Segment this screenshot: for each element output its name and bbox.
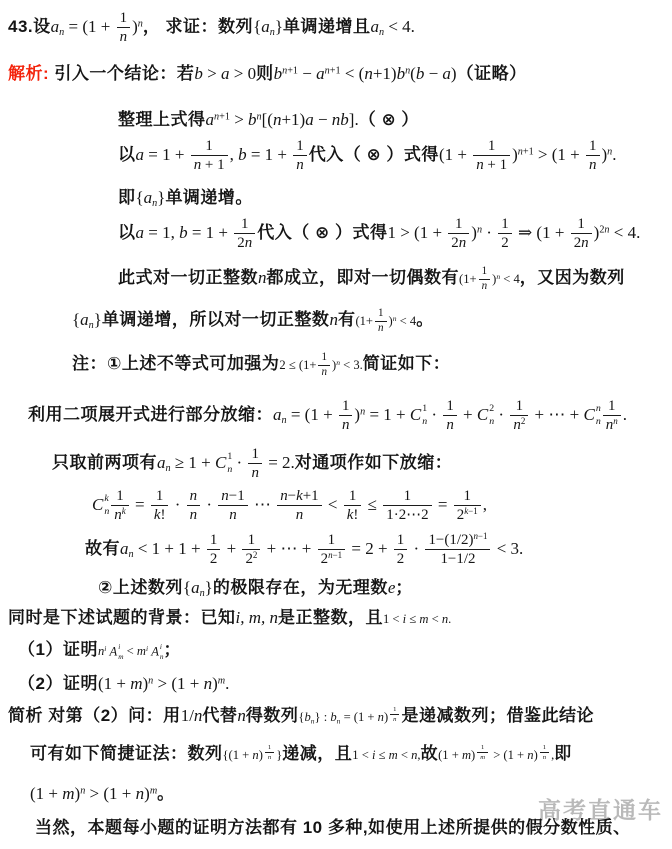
- math-roman: ·: [170, 495, 184, 514]
- cjk-text: 有: [338, 310, 356, 329]
- math-roman: 1: [120, 10, 127, 26]
- fraction-numerator: 1: [473, 138, 510, 156]
- math-italic: a: [442, 64, 451, 83]
- fraction-denominator: n: [479, 280, 491, 293]
- math-roman: <: [398, 748, 411, 762]
- superscript: 2n: [599, 225, 609, 236]
- fraction: 1n: [339, 398, 352, 433]
- math-roman: −: [314, 110, 332, 129]
- math-roman: 1: [463, 488, 470, 504]
- math-roman: < 4: [500, 272, 520, 286]
- cjk-text: ， 求证：数列: [143, 17, 253, 36]
- math-roman: > (1 +: [490, 748, 527, 762]
- math-roman: 1: [455, 216, 462, 232]
- math-italic: n: [245, 235, 252, 251]
- cjk-text: ；: [395, 578, 413, 597]
- math-roman: =: [434, 495, 452, 514]
- math-roman: (1 +: [438, 748, 462, 762]
- math-roman: = (1 +: [340, 710, 377, 724]
- math-roman: {: [253, 17, 261, 36]
- math-roman: > 0: [230, 64, 257, 83]
- math-roman: + ⋯ +: [262, 539, 315, 558]
- cjk-text: 当然，本题每小题的证明方法都有 10 多种,如使用上述所提供的假分数性质、: [35, 818, 631, 837]
- math-roman: ·: [232, 453, 246, 472]
- math-roman: 1 <: [352, 748, 372, 762]
- fraction: 12n: [234, 216, 255, 251]
- cjk-text: 的极限存在，为无理数: [213, 578, 388, 597]
- fraction-denominator: 1−1/2: [425, 550, 490, 567]
- math-italic: n: [589, 157, 596, 173]
- math-roman: ≤: [406, 612, 419, 626]
- fraction-denominator: 2: [394, 550, 407, 567]
- math-roman: 1: [608, 398, 615, 414]
- math-roman: 1 <: [383, 612, 403, 626]
- small-formula: (1 + m)1m > (1 + n)1n,: [438, 748, 554, 762]
- cjk-text: 对通项作如下放缩：: [295, 453, 453, 472]
- math-roman: −1: [468, 506, 478, 516]
- math-roman: ·: [427, 405, 441, 424]
- math-roman: <: [428, 612, 441, 626]
- math-italic: n: [543, 754, 546, 761]
- math-roman: (1 +: [98, 674, 130, 693]
- math-roman: > (1 +: [534, 145, 584, 164]
- math-line-6: 以a = 1, b = 1 + 12n代入（ ⊗ ）式得1 > (1 + 12n…: [118, 216, 640, 251]
- fraction-numerator: n−k+1: [277, 488, 321, 506]
- fraction-numerator: 1: [383, 488, 431, 506]
- fraction: 1nn: [603, 398, 621, 433]
- math-roman: +1: [303, 488, 319, 504]
- math-roman: }: [275, 17, 283, 36]
- fraction-numerator: 1: [293, 138, 306, 156]
- superscript: n+1: [518, 147, 534, 158]
- math-roman: (1 +: [30, 784, 62, 803]
- math-roman: 2: [451, 235, 458, 251]
- math-italic: a: [120, 539, 129, 558]
- cjk-text: 只取前两项有: [52, 453, 157, 472]
- math-italic: m: [462, 748, 471, 762]
- math-roman: +1: [330, 65, 341, 76]
- fraction-numerator: 1: [571, 216, 592, 234]
- math-line-7: 此式对一切正整数n都成立，即对一切偶数有(1+1n)n < 4，又因为数列: [118, 266, 625, 293]
- math-roman: {: [183, 578, 191, 597]
- fraction-numerator: n−1: [218, 488, 247, 506]
- math-roman: +1: [523, 147, 534, 158]
- math-roman: −1: [333, 550, 343, 560]
- math-roman: > (1 +: [85, 784, 135, 803]
- math-line-4: 以a = 1 + 1n + 1, b = 1 + 1n代入（ ⊗ ）式得(1 +…: [118, 138, 617, 173]
- math-roman: ·: [482, 223, 496, 242]
- fraction-denominator: n2: [510, 416, 528, 433]
- math-roman: 1: [543, 744, 546, 751]
- fraction-denominator: nk: [111, 506, 128, 523]
- scripted-symbol: Ain: [151, 642, 163, 662]
- fraction-numerator: 1: [248, 446, 261, 464]
- stack-superscript: k: [104, 493, 109, 505]
- fraction: 12n: [448, 216, 469, 251]
- math-line-1: 43.设an = (1 + 1n)n， 求证：数列{an}单调递增且an < 4…: [8, 10, 415, 45]
- math-line-19: 可有如下简捷证法：数列{(1 + n)1n}递减，且1 < i ≤ m < n,…: [30, 744, 572, 764]
- math-italic: a: [144, 188, 153, 207]
- fraction-denominator: n: [277, 506, 321, 523]
- math-roman: 2: [210, 551, 217, 567]
- math-roman: (1 +: [439, 145, 471, 164]
- cjk-text: 得数列: [246, 706, 299, 725]
- math-roman: 1: [321, 351, 327, 363]
- math-italic: k: [104, 493, 108, 504]
- math-italic: i: [160, 643, 162, 651]
- fraction-denominator: m: [477, 753, 488, 761]
- fraction: 1n: [248, 446, 261, 481]
- math-italic: n: [342, 417, 349, 433]
- cjk-text: （ ⊗ ）: [359, 110, 419, 129]
- math-roman: 1: [404, 488, 411, 504]
- math-italic: n: [596, 416, 601, 427]
- math-roman: <: [324, 495, 342, 514]
- fraction: 1k!: [151, 488, 169, 523]
- fraction-denominator: n: [375, 322, 387, 335]
- math-roman: 1: [349, 488, 356, 504]
- math-roman: .: [612, 145, 616, 164]
- fraction-numerator: 1: [191, 138, 228, 156]
- math-roman: 1: [501, 216, 508, 232]
- fraction-denominator: n + 1: [473, 156, 510, 173]
- math-italic: i: [118, 643, 120, 651]
- scripted-symbol: C1n: [410, 403, 427, 428]
- math-roman: 1: [446, 398, 453, 414]
- fraction: 1n: [586, 138, 599, 173]
- math-roman: .: [448, 612, 451, 626]
- math-roman: + 1: [201, 157, 224, 173]
- fraction: n−1n: [218, 488, 247, 523]
- math-italic: a: [136, 145, 145, 164]
- cjk-text: 故: [421, 744, 439, 763]
- fraction-numerator: 1: [479, 266, 491, 280]
- stack-superscript: n: [596, 403, 601, 415]
- math-roman: {: [136, 188, 144, 207]
- superscript: n−1: [328, 550, 342, 560]
- small-formula: 1 < i ≤ m < n.: [383, 612, 451, 626]
- math-italic: a: [80, 310, 89, 329]
- fraction-denominator: k!: [344, 506, 362, 523]
- math-italic: n: [190, 507, 197, 523]
- math-roman: = (1 +: [287, 405, 337, 424]
- fraction-numerator: 1: [242, 532, 260, 550]
- fraction-numerator: 1: [151, 488, 169, 506]
- math-roman: ,: [230, 145, 239, 164]
- scripted-base: C: [410, 405, 421, 424]
- math-roman: 1: [397, 532, 404, 548]
- fraction-denominator: n + 1: [191, 156, 228, 173]
- math-roman: = (1 +: [64, 17, 114, 36]
- scripted-symbol: Cnn: [583, 403, 600, 428]
- fraction-denominator: n: [318, 366, 330, 379]
- math-roman: 1: [205, 138, 212, 154]
- scripted-base: C: [583, 405, 594, 424]
- small-formula: {(1 + n)1n}: [223, 748, 283, 762]
- math-italic: n: [104, 506, 109, 517]
- math-italic: n: [296, 157, 303, 173]
- math-roman: !: [160, 507, 165, 523]
- math-roman: }: [205, 578, 213, 597]
- math-italic: n: [268, 754, 271, 761]
- scripted-base: A: [151, 644, 159, 658]
- cjk-text: 。: [416, 310, 434, 329]
- math-roman: < 3.: [492, 539, 523, 558]
- math-roman: 1: [248, 532, 255, 548]
- math-roman: < 4.: [384, 17, 415, 36]
- math-roman: < 1 + 1 +: [134, 539, 205, 558]
- math-roman: ,: [483, 495, 487, 514]
- math-italic: k: [122, 506, 126, 516]
- scripted-base: A: [110, 644, 118, 658]
- math-roman: 1: [116, 488, 123, 504]
- fraction-denominator: 2: [207, 550, 220, 567]
- math-roman: ≤: [375, 748, 388, 762]
- math-italic: a: [273, 405, 282, 424]
- fraction-numerator: 1: [603, 398, 621, 416]
- superscript: n+1: [214, 111, 230, 122]
- math-roman: .: [225, 674, 229, 693]
- math-roman: = 1,: [144, 223, 179, 242]
- fraction-numerator: 1: [477, 744, 488, 753]
- math-italic: n: [513, 417, 520, 433]
- math-roman: 1·2⋯2: [386, 507, 428, 523]
- cjk-text: 故有: [85, 539, 120, 558]
- stack-subscript: n: [596, 416, 601, 428]
- math-roman: (1+: [459, 272, 477, 286]
- math-roman: {: [72, 310, 80, 329]
- fraction: 12n: [571, 216, 592, 251]
- math-roman: 1: [268, 744, 271, 751]
- math-roman: +1): [281, 110, 305, 129]
- math-italic: a: [221, 64, 230, 83]
- fraction-denominator: 1·2⋯2: [383, 506, 431, 523]
- fraction-numerator: 1: [207, 532, 220, 550]
- math-italic: n: [596, 403, 601, 414]
- math-line-21: 当然，本题每小题的证明方法都有 10 多种,如使用上述所提供的假分数性质、: [35, 818, 631, 838]
- fraction: 11·2⋯2: [383, 488, 431, 523]
- small-formula: ni Aim < mi Ain: [98, 644, 164, 658]
- math-italic: a: [316, 64, 325, 83]
- fraction-denominator: n: [218, 506, 247, 523]
- fraction-denominator: n: [339, 416, 352, 433]
- math-roman: 2: [245, 551, 252, 567]
- math-roman: +: [222, 539, 240, 558]
- math-roman: = 2.: [264, 453, 295, 472]
- math-roman: 1: [393, 706, 396, 713]
- cjk-text: 单调递增，所以对一切正整数: [102, 310, 330, 329]
- cjk-text: 简证如下：: [363, 354, 451, 373]
- math-roman: 1: [156, 488, 163, 504]
- cjk-text: 。: [157, 784, 175, 803]
- cjk-text: 43.设: [8, 17, 51, 36]
- math-italic: n: [482, 280, 488, 292]
- math-roman: 2: [397, 551, 404, 567]
- math-roman: = 1 +: [247, 145, 292, 164]
- fraction-numerator: 1: [344, 488, 362, 506]
- fraction: 12: [498, 216, 511, 251]
- math-italic: n: [237, 706, 246, 725]
- superscript: k−1: [464, 506, 478, 516]
- fraction: 12: [207, 532, 220, 567]
- stack-subscript: n: [104, 506, 109, 518]
- fraction: 1n: [293, 138, 306, 173]
- scripted-symbol: Ckn: [92, 493, 109, 518]
- math-roman: 2: [501, 235, 508, 251]
- math-roman: }: [94, 310, 102, 329]
- fraction-numerator: 1: [443, 398, 456, 416]
- math-roman: +1: [287, 65, 298, 76]
- math-roman: <: [123, 644, 136, 658]
- fraction: 1−(1/2)n−11−1/2: [425, 532, 490, 567]
- math-italic: n: [364, 64, 373, 83]
- red-label: 解析:: [8, 64, 49, 83]
- math-italic: b: [194, 64, 203, 83]
- math-roman: 1: [328, 532, 335, 548]
- math-roman: ⇒ (1 +: [514, 223, 569, 242]
- math-italic: n: [204, 674, 213, 693]
- math-roman: 1 > (1 +: [387, 223, 446, 242]
- math-line-18: 简析 对第（2）问：用1/n代替n得数列{bn} : bn = (1 + n)1…: [8, 706, 594, 726]
- math-roman: = 1 +: [144, 145, 189, 164]
- math-italic: a: [371, 17, 380, 36]
- cjk-text: （2）证明: [18, 674, 98, 693]
- fraction-denominator: 22: [242, 550, 260, 567]
- math-roman: >: [203, 64, 221, 83]
- fraction-denominator: n: [187, 506, 200, 523]
- fraction: 12k−1: [454, 488, 481, 523]
- small-formula: 2 ≤ (1+1n)n < 3.: [279, 358, 362, 372]
- math-roman: ⋯: [250, 495, 276, 514]
- fraction: 1nk: [111, 488, 128, 523]
- math-italic: b: [274, 64, 283, 83]
- math-roman: 1/: [181, 706, 194, 725]
- math-italic: n: [280, 488, 287, 504]
- math-roman: = 1 +: [188, 223, 233, 242]
- math-italic: n: [229, 507, 236, 523]
- math-italic: n: [613, 416, 617, 426]
- math-roman: < 3.: [340, 358, 363, 372]
- math-line-10: 利用二项展开式进行部分放缩：an = (1 + 1n)n = 1 + C1n ·…: [28, 398, 627, 433]
- math-roman: ·: [202, 495, 216, 514]
- superscript: 1n: [388, 710, 401, 719]
- math-italic: n: [190, 488, 197, 504]
- superscript: 2: [521, 416, 525, 426]
- math-line-20: (1 + m)n > (1 + n)m。: [30, 784, 175, 804]
- fraction: 1n: [390, 706, 399, 723]
- fraction-denominator: n: [540, 753, 549, 761]
- fraction: 1n2: [510, 398, 528, 433]
- fraction-numerator: 1: [111, 488, 128, 506]
- math-italic: a: [51, 17, 60, 36]
- cjk-text: 代入（ ⊗ ）式得: [257, 223, 387, 242]
- math-italic: b: [248, 110, 257, 129]
- math-roman: −1: [229, 488, 245, 504]
- math-roman: 1−(1/2): [428, 532, 473, 548]
- fraction-numerator: n: [187, 488, 200, 506]
- fraction: 1m: [477, 744, 488, 761]
- math-roman: + 1: [484, 157, 507, 173]
- fraction-denominator: 2: [498, 234, 511, 251]
- cjk-text: ；: [164, 640, 182, 659]
- math-roman: ·: [409, 539, 423, 558]
- math-roman: >: [230, 110, 248, 129]
- fraction: 1n: [265, 744, 274, 761]
- math-italic: m: [130, 674, 142, 693]
- math-italic: m: [137, 644, 146, 658]
- math-roman: = 2 +: [347, 539, 392, 558]
- fraction: 1n: [318, 352, 330, 379]
- fraction-denominator: 2n: [234, 234, 255, 251]
- fraction-numerator: 1: [265, 744, 274, 753]
- cjk-text: 都成立，即对一切偶数有: [267, 268, 460, 287]
- fraction-numerator: 1: [586, 138, 599, 156]
- fraction: 1n: [443, 398, 456, 433]
- small-formula: (1+1n)n < 4: [355, 314, 416, 328]
- math-roman: 1: [210, 532, 217, 548]
- math-roman: 1: [482, 265, 488, 277]
- math-roman: [(: [262, 110, 273, 129]
- math-roman: 1: [481, 744, 484, 751]
- math-roman: (1+: [355, 314, 373, 328]
- script-stack: nn: [596, 403, 601, 428]
- math-line-11: 只取前两项有an ≥ 1 + C1n · 1n = 2.对通项作如下放缩：: [52, 446, 452, 481]
- fraction-denominator: n: [443, 416, 456, 433]
- superscript: 1m: [475, 748, 490, 757]
- math-italic: n: [446, 417, 453, 433]
- math-italic: n: [296, 507, 303, 523]
- superscript: 1n: [538, 748, 551, 757]
- math-italic: a: [136, 223, 145, 242]
- fraction: 1n: [375, 308, 387, 335]
- fraction-denominator: n: [586, 156, 599, 173]
- script-stack: kn: [104, 493, 109, 518]
- fraction-numerator: 1: [375, 308, 387, 322]
- cjk-text: 代替: [202, 706, 237, 725]
- math-italic: n: [258, 268, 267, 287]
- fraction: 1n + 1: [473, 138, 510, 173]
- math-roman: ·: [494, 405, 508, 424]
- math-italic: m: [62, 784, 74, 803]
- superscript: n+1: [282, 65, 298, 76]
- math-roman: } :: [315, 710, 331, 724]
- fraction-numerator: 1: [234, 216, 255, 234]
- cjk-text: 可有如下简捷证法：数列: [30, 744, 223, 763]
- document-page: 高考直通车 43.设an = (1 + 1n)n， 求证：数列{an}单调递增且…: [0, 0, 672, 849]
- scripted-symbol: C2n: [477, 403, 494, 428]
- cjk-text: 以: [118, 145, 136, 164]
- math-roman: < (: [341, 64, 365, 83]
- math-line-15: 同时是下述试题的背景：已知i, m, n是正整数，且1 < i ≤ m < n.: [8, 608, 451, 628]
- cjk-text: 代入（ ⊗ ）式得: [309, 145, 439, 164]
- superscript: 2: [253, 550, 257, 560]
- math-italic: m: [480, 754, 485, 761]
- small-formula: 1 < i ≤ m < n,: [352, 748, 420, 762]
- math-italic: i, m, n: [236, 608, 279, 627]
- cjk-text: 简析 对第（2）问：用: [8, 706, 181, 725]
- math-roman: = 1 +: [365, 405, 410, 424]
- fraction-numerator: 1: [454, 488, 481, 506]
- math-roman: 2: [237, 235, 244, 251]
- math-italic: k: [296, 488, 303, 504]
- math-line-8: {an}单调递增，所以对一切正整数n有(1+1n)n < 4。: [72, 308, 434, 335]
- fraction: 1n: [540, 744, 549, 761]
- fraction-denominator: n: [293, 156, 306, 173]
- fraction: 1n: [117, 10, 130, 45]
- math-roman: + ⋯ +: [530, 405, 583, 424]
- math-italic: b: [179, 223, 188, 242]
- cjk-text: 即: [554, 744, 572, 763]
